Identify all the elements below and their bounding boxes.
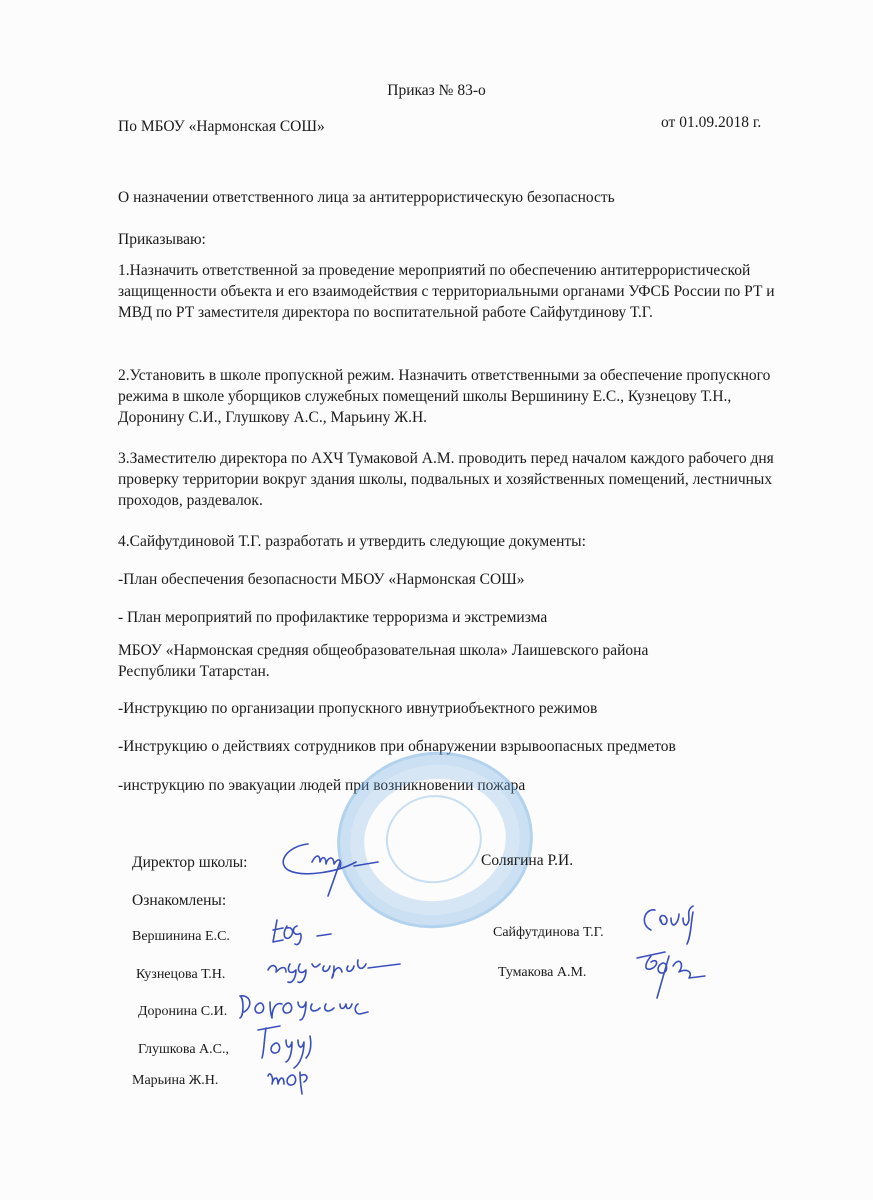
organization: По МБОУ «Нармонская СОШ»	[118, 116, 325, 138]
acknowledged-name: Кузнецова Т.Н.	[136, 964, 225, 986]
signature-saifutdinova	[635, 900, 705, 946]
school-stamp	[326, 739, 545, 941]
order-date: от 01.09.2018 г.	[661, 112, 761, 134]
order-title: Приказ № 83-о	[0, 80, 873, 102]
document-item: -План обеспечения безопасности МБОУ «Нар…	[118, 569, 525, 591]
acknowledged-name: Вершинина Е.С.	[132, 926, 230, 948]
document-item: МБОУ «Нармонская средняя общеобразовател…	[118, 640, 678, 682]
acknowledged-label: Ознакомлены:	[132, 890, 226, 912]
document-item: - План мероприятий по профилактике терро…	[118, 607, 547, 629]
acknowledged-name: Доронина С.И.	[138, 1001, 227, 1023]
document-item: -Инструкцию о действиях сотрудников при …	[118, 736, 676, 758]
document-item: -инструкцию по эвакуации людей при возни…	[118, 775, 525, 797]
order-item-2: 2.Установить в школе пропускной режим. Н…	[118, 365, 798, 428]
signature-kuznetsova	[260, 948, 410, 984]
document-item: -Инструкцию по организации пропускного и…	[118, 698, 597, 720]
order-item-3: 3.Заместителю директора по АХЧ Тумаковой…	[118, 448, 798, 511]
order-item-4: 4.Сайфутдиновой Т.Г. разработать и утвер…	[118, 531, 586, 553]
order-subject: О назначении ответственного лица за анти…	[118, 187, 615, 209]
director-name: Солягина Р.И.	[481, 850, 573, 872]
acknowledged-name: Сайфутдинова Т.Г.	[493, 922, 604, 944]
document-page: Приказ № 83-о По МБОУ «Нармонская СОШ» о…	[0, 0, 873, 1200]
acknowledged-name: Тумакова А.М.	[498, 962, 586, 984]
signature-vershinina	[265, 912, 345, 948]
signature-doronina	[232, 988, 392, 1024]
signature-marina	[260, 1058, 320, 1098]
acknowledged-name: Марьина Ж.Н.	[132, 1070, 218, 1092]
director-role: Директор школы:	[132, 852, 247, 874]
acknowledged-name: Глушкова А.С.,	[138, 1039, 229, 1061]
signature-glushkova	[250, 1018, 340, 1074]
signature-tumakova	[625, 946, 715, 1006]
order-item-1: 1.Назначить ответственной за проведение …	[118, 260, 798, 323]
director-signature	[268, 832, 388, 902]
order-word: Приказываю:	[118, 229, 206, 251]
